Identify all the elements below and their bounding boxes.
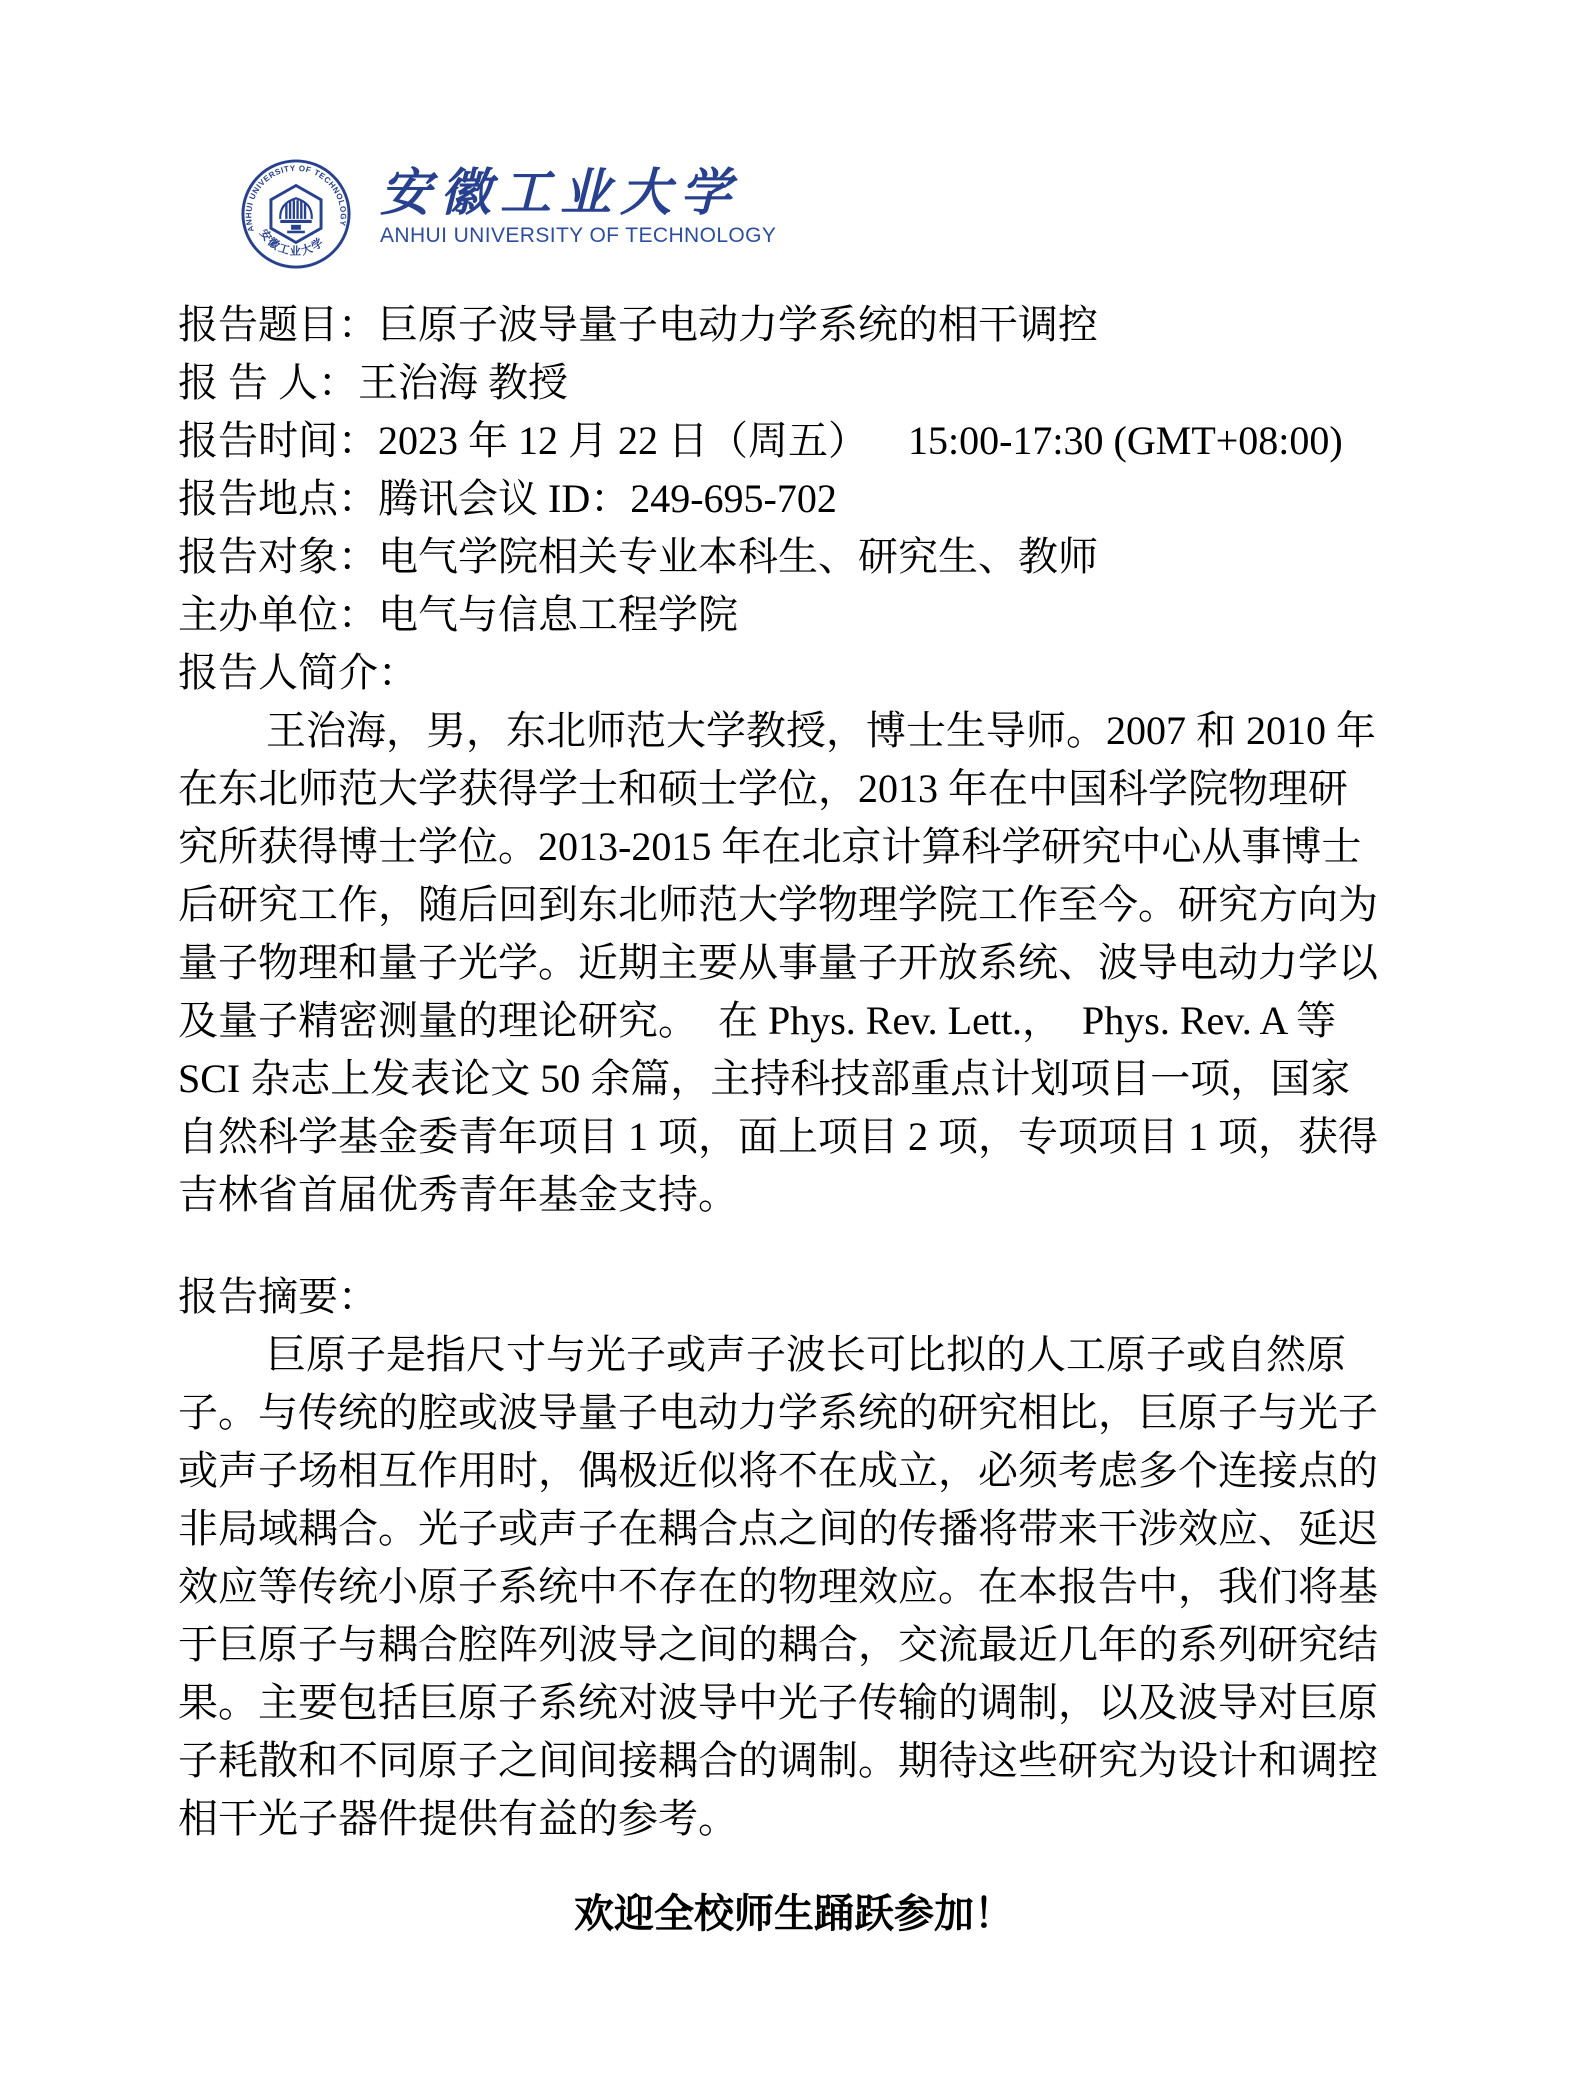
welcome-line: 欢迎全校师生踊跃参加！ xyxy=(178,1885,1410,1943)
info-label: 报告地点： xyxy=(178,476,378,521)
bio-line: 及量子精密测量的理论研究。 在 Phys. Rev. Lett.， Phys. … xyxy=(178,992,1410,1050)
info-label: 报告时间： xyxy=(178,418,378,463)
bio-line: 王治海，男，东北师范大学教授，博士生导师。2007 和 2010 年 xyxy=(178,702,1410,760)
seal-building-glyph xyxy=(280,198,312,233)
university-name-block: 安徽工业大学 ANHUI UNIVERSITY OF TECHNOLOGY xyxy=(380,158,776,248)
info-label: 报 告 人： xyxy=(178,360,358,405)
abstract-line: 子耗散和不同原子之间间接耦合的调制。期待这些研究为设计和调控 xyxy=(178,1732,1410,1790)
info-line-location: 报告地点：腾讯会议 ID：249-695-702 xyxy=(178,470,1410,528)
bio-line: 量子物理和量子光学。近期主要从事量子开放系统、波导电动力学以 xyxy=(178,934,1410,992)
bio-line: 后研究工作，随后回到东北师范大学物理学院工作至今。研究方向为 xyxy=(178,876,1410,934)
abstract-line: 或声子场相互作用时，偶极近似将不在成立，必须考虑多个连接点的 xyxy=(178,1442,1410,1500)
abstract-line: 非局域耦合。光子或声子在耦合点之间的传播将带来干涉效应、延迟 xyxy=(178,1500,1410,1558)
info-line-organizer: 主办单位：电气与信息工程学院 xyxy=(178,586,1410,644)
university-logo: ANHUI UNIVERSITY OF TECHNOLOGY 安徽工业大学 xyxy=(240,158,1410,272)
bio-line: 在东北师范大学获得学士和硕士学位，2013 年在中国科学院物理研 xyxy=(178,760,1410,818)
abstract-line: 子。与传统的腔或波导量子电动力学系统的研究相比，巨原子与光子 xyxy=(178,1384,1410,1442)
university-name-en: ANHUI UNIVERSITY OF TECHNOLOGY xyxy=(380,224,776,248)
bio-line: 自然科学基金委青年项目 1 项，面上项目 2 项，专项项目 1 项，获得 xyxy=(178,1108,1410,1166)
info-label: 报告对象： xyxy=(178,534,378,579)
bio-line: 究所获得博士学位。2013-2015 年在北京计算科学研究中心从事博士 xyxy=(178,818,1410,876)
spacer xyxy=(178,1224,1410,1268)
info-line-audience: 报告对象：电气学院相关专业本科生、研究生、教师 xyxy=(178,528,1410,586)
abstract-line: 于巨原子与耦合腔阵列波导之间的耦合，交流最近几年的系列研究结 xyxy=(178,1616,1410,1674)
info-label: 主办单位： xyxy=(178,592,378,637)
info-value: 巨原子波导量子电动力学系统的相干调控 xyxy=(378,302,1098,347)
abstract-heading: 报告摘要： xyxy=(178,1268,1410,1326)
info-value: 腾讯会议 ID：249-695-702 xyxy=(378,476,837,521)
abstract-line: 效应等传统小原子系统中不存在的物理效应。在本报告中，我们将基 xyxy=(178,1558,1410,1616)
info-line-speaker: 报 告 人：王治海 教授 xyxy=(178,354,1410,412)
info-value: 王治海 教授 xyxy=(358,360,568,405)
university-seal-icon: ANHUI UNIVERSITY OF TECHNOLOGY 安徽工业大学 xyxy=(240,158,352,270)
announcement-page: ANHUI UNIVERSITY OF TECHNOLOGY 安徽工业大学 xyxy=(0,0,1587,2079)
bio-heading: 报告人简介： xyxy=(178,644,1410,702)
abstract-line: 巨原子是指尺寸与光子或声子波长可比拟的人工原子或自然原 xyxy=(178,1326,1410,1384)
bio-line: 吉林省首届优秀青年基金支持。 xyxy=(178,1166,1410,1224)
abstract-line: 相干光子器件提供有益的参考。 xyxy=(178,1790,1410,1848)
university-name-cn: 安徽工业大学 xyxy=(380,166,776,222)
info-line-title: 报告题目：巨原子波导量子电动力学系统的相干调控 xyxy=(178,296,1410,354)
bio-line: SCI 杂志上发表论文 50 余篇，主持科技部重点计划项目一项，国家 xyxy=(178,1050,1410,1108)
content-column: ANHUI UNIVERSITY OF TECHNOLOGY 安徽工业大学 xyxy=(178,158,1410,1943)
info-value: 电气与信息工程学院 xyxy=(378,592,738,637)
abstract-line: 果。主要包括巨原子系统对波导中光子传输的调制，以及波导对巨原 xyxy=(178,1674,1410,1732)
info-value: 电气学院相关专业本科生、研究生、教师 xyxy=(378,534,1098,579)
info-label: 报告题目： xyxy=(178,302,378,347)
info-line-time: 报告时间：2023 年 12 月 22 日（周五） 15:00-17:30 (G… xyxy=(178,412,1410,470)
info-value: 2023 年 12 月 22 日（周五） 15:00-17:30 (GMT+08… xyxy=(378,418,1343,463)
